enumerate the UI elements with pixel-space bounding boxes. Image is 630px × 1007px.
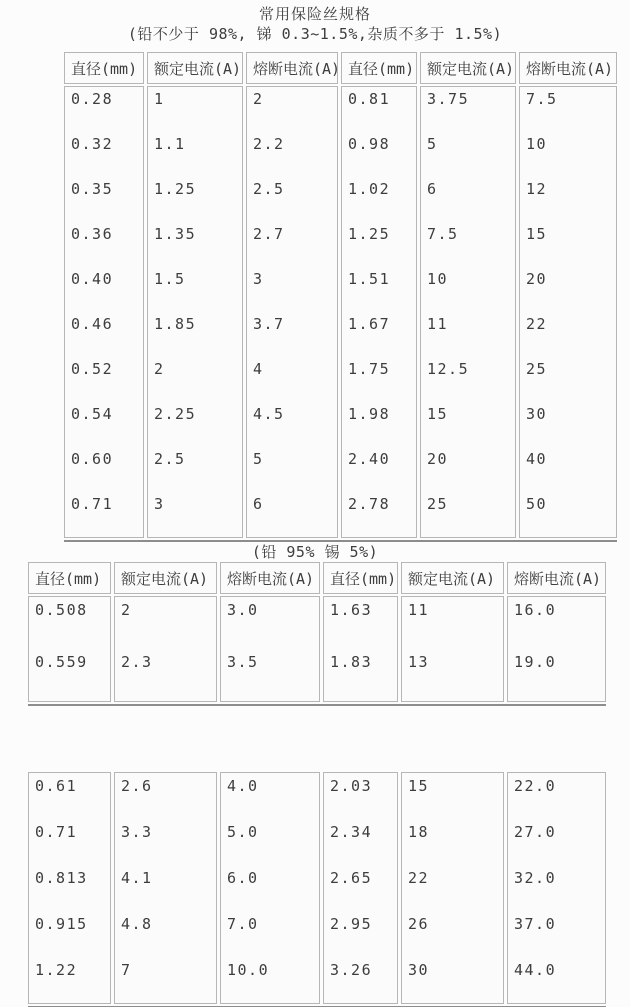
cell-value: 2.2 [253,132,337,177]
cell-value: 3.5 [227,649,319,701]
data-column-rated-current: 2.63.34.14.87 [114,772,217,1004]
document-page: 常用保险丝规格 (铅不少于 98%, 锑 0.3~1.5%,杂质不多于 1.5%… [0,5,630,1007]
cell-value: 0.40 [71,267,143,312]
cell-value: 40 [526,447,616,492]
data-column-rated-current: 22.3 [114,596,217,702]
column-header-fusing-current: 熔断电流(A) [507,562,606,594]
data-column-fusing-current: 16.019.0 [507,596,606,702]
cell-value: 20 [526,267,616,312]
cell-value: 15 [427,402,515,447]
cell-value: 6 [253,492,337,537]
column-header-diameter: 直径(mm) [341,52,417,84]
column-header-fusing-current: 熔断电流(A) [519,52,617,84]
data-column-diameter: 0.280.320.350.360.400.460.520.540.600.71 [64,86,144,538]
cell-value: 1.1 [154,132,242,177]
cell-value: 4 [253,357,337,402]
lead-tin-fuse-table: 直径(mm)额定电流(A)熔断电流(A)直径(mm)额定电流(A)熔断电流(A)… [28,562,606,706]
table-header-row: 直径(mm)额定电流(A)熔断电流(A)直径(mm)额定电流(A)熔断电流(A) [28,562,606,594]
data-column-rated-current: 1113 [401,596,504,702]
cell-value: 1.85 [154,312,242,357]
cell-value: 50 [526,492,616,537]
cell-value: 7.0 [227,911,319,957]
cell-value: 3.75 [427,87,515,132]
cell-value: 0.61 [35,773,110,819]
cell-value: 0.508 [35,597,110,649]
data-column-diameter: 0.5080.559 [28,596,111,702]
cell-value: 3 [253,267,337,312]
cell-value: 3.0 [227,597,319,649]
cell-value: 12 [526,177,616,222]
cell-value: 0.98 [348,132,416,177]
cell-value: 7 [121,957,216,1003]
cell-value: 18 [408,819,503,865]
cell-value: 1.75 [348,357,416,402]
column-header-diameter: 直径(mm) [28,562,111,594]
cell-value: 12.5 [427,357,515,402]
cell-value: 22 [526,312,616,357]
cell-value: 1.35 [154,222,242,267]
cell-value: 6.0 [227,865,319,911]
column-header-diameter: 直径(mm) [64,52,144,84]
data-column-diameter: 1.631.83 [323,596,398,702]
cell-value: 2 [121,597,216,649]
table-data-row: 0.5080.55922.33.03.51.631.83111316.019.0 [28,596,606,702]
data-column-fusing-current: 7.5101215202225304050 [519,86,617,538]
cell-value: 2.95 [330,911,397,957]
cell-value: 0.71 [71,492,143,537]
cell-value: 2 [253,87,337,132]
cell-value: 2.5 [154,447,242,492]
cell-value: 37.0 [514,911,605,957]
cell-value: 44.0 [514,957,605,1003]
table-data-row: 0.610.710.8130.9151.222.63.34.14.874.05.… [28,772,606,1004]
data-column-diameter: 2.032.342.652.953.26 [323,772,398,1004]
cell-value: 26 [408,911,503,957]
cell-value: 1.63 [330,597,397,649]
cell-value: 1.67 [348,312,416,357]
cell-value: 22 [408,865,503,911]
lead-antimony-fuse-table: 直径(mm)额定电流(A)熔断电流(A)直径(mm)额定电流(A)熔断电流(A)… [64,52,617,542]
cell-value: 1.83 [330,649,397,701]
cell-value: 7.5 [526,87,616,132]
cell-value: 3.3 [121,819,216,865]
cell-value: 1.5 [154,267,242,312]
cell-value: 5 [253,447,337,492]
cell-value: 4.5 [253,402,337,447]
cell-value: 2.34 [330,819,397,865]
data-column-fusing-current: 22.22.52.733.744.556 [246,86,338,538]
cell-value: 1.25 [348,222,416,267]
cell-value: 2.65 [330,865,397,911]
column-header-rated-current: 额定电流(A) [114,562,217,594]
cell-value: 4.1 [121,865,216,911]
cell-value: 0.32 [71,132,143,177]
cell-value: 15 [408,773,503,819]
cell-value: 2.5 [253,177,337,222]
cell-value: 0.28 [71,87,143,132]
cell-value: 0.36 [71,222,143,267]
cell-value: 11 [408,597,503,649]
cell-value: 30 [408,957,503,1003]
data-column-rated-current: 3.75567.5101112.5152025 [420,86,516,538]
cell-value: 3.7 [253,312,337,357]
cell-value: 2.7 [253,222,337,267]
lead-tin-fuse-table-continued: 0.610.710.8130.9151.222.63.34.14.874.05.… [28,772,606,1007]
cell-value: 25 [526,357,616,402]
cell-value: 2.3 [121,649,216,701]
cell-value: 0.54 [71,402,143,447]
cell-value: 0.35 [71,177,143,222]
cell-value: 4.8 [121,911,216,957]
data-column-rated-current: 1518222630 [401,772,504,1004]
cell-value: 1.25 [154,177,242,222]
column-header-fusing-current: 熔断电流(A) [246,52,338,84]
column-header-diameter: 直径(mm) [323,562,398,594]
cell-value: 13 [408,649,503,701]
cell-value: 0.81 [348,87,416,132]
cell-value: 0.60 [71,447,143,492]
data-column-diameter: 0.610.710.8130.9151.22 [28,772,111,1004]
cell-value: 2.6 [121,773,216,819]
cell-value: 4.0 [227,773,319,819]
column-header-rated-current: 额定电流(A) [401,562,504,594]
cell-value: 22.0 [514,773,605,819]
cell-value: 1.98 [348,402,416,447]
cell-value: 1.51 [348,267,416,312]
cell-value: 20 [427,447,515,492]
cell-value: 2.78 [348,492,416,537]
cell-value: 1.02 [348,177,416,222]
cell-value: 10 [427,267,515,312]
cell-value: 2 [154,357,242,402]
cell-value: 15 [526,222,616,267]
cell-value: 3.26 [330,957,397,1003]
cell-value: 0.559 [35,649,110,701]
page-subtitle: (铅不少于 98%, 锑 0.3~1.5%,杂质不多于 1.5%) [0,24,630,44]
cell-value: 7.5 [427,222,515,267]
cell-value: 2.03 [330,773,397,819]
lead-tin-section-label: (铅 95% 锡 5%) [0,543,630,561]
cell-value: 0.915 [35,911,110,957]
cell-value: 0.71 [35,819,110,865]
column-header-fusing-current: 熔断电流(A) [220,562,320,594]
cell-value: 2.40 [348,447,416,492]
table-data-row: 0.280.320.350.360.400.460.520.540.600.71… [64,86,617,538]
cell-value: 6 [427,177,515,222]
page-title: 常用保险丝规格 [0,5,630,24]
cell-value: 10.0 [227,957,319,1003]
cell-value: 5.0 [227,819,319,865]
cell-value: 3 [154,492,242,537]
data-column-diameter: 0.810.981.021.251.511.671.751.982.402.78 [341,86,417,538]
cell-value: 1 [154,87,242,132]
data-column-fusing-current: 4.05.06.07.010.0 [220,772,320,1004]
cell-value: 5 [427,132,515,177]
cell-value: 32.0 [514,865,605,911]
cell-value: 1.22 [35,957,110,1003]
cell-value: 19.0 [514,649,605,701]
cell-value: 2.25 [154,402,242,447]
column-header-rated-current: 额定电流(A) [420,52,516,84]
cell-value: 0.813 [35,865,110,911]
table-header-row: 直径(mm)额定电流(A)熔断电流(A)直径(mm)额定电流(A)熔断电流(A) [64,52,617,84]
cell-value: 0.46 [71,312,143,357]
data-column-rated-current: 11.11.251.351.51.8522.252.53 [147,86,243,538]
cell-value: 27.0 [514,819,605,865]
cell-value: 30 [526,402,616,447]
cell-value: 25 [427,492,515,537]
cell-value: 16.0 [514,597,605,649]
column-header-rated-current: 额定电流(A) [147,52,243,84]
cell-value: 11 [427,312,515,357]
cell-value: 10 [526,132,616,177]
data-column-fusing-current: 3.03.5 [220,596,320,702]
cell-value: 0.52 [71,357,143,402]
data-column-fusing-current: 22.027.032.037.044.0 [507,772,606,1004]
